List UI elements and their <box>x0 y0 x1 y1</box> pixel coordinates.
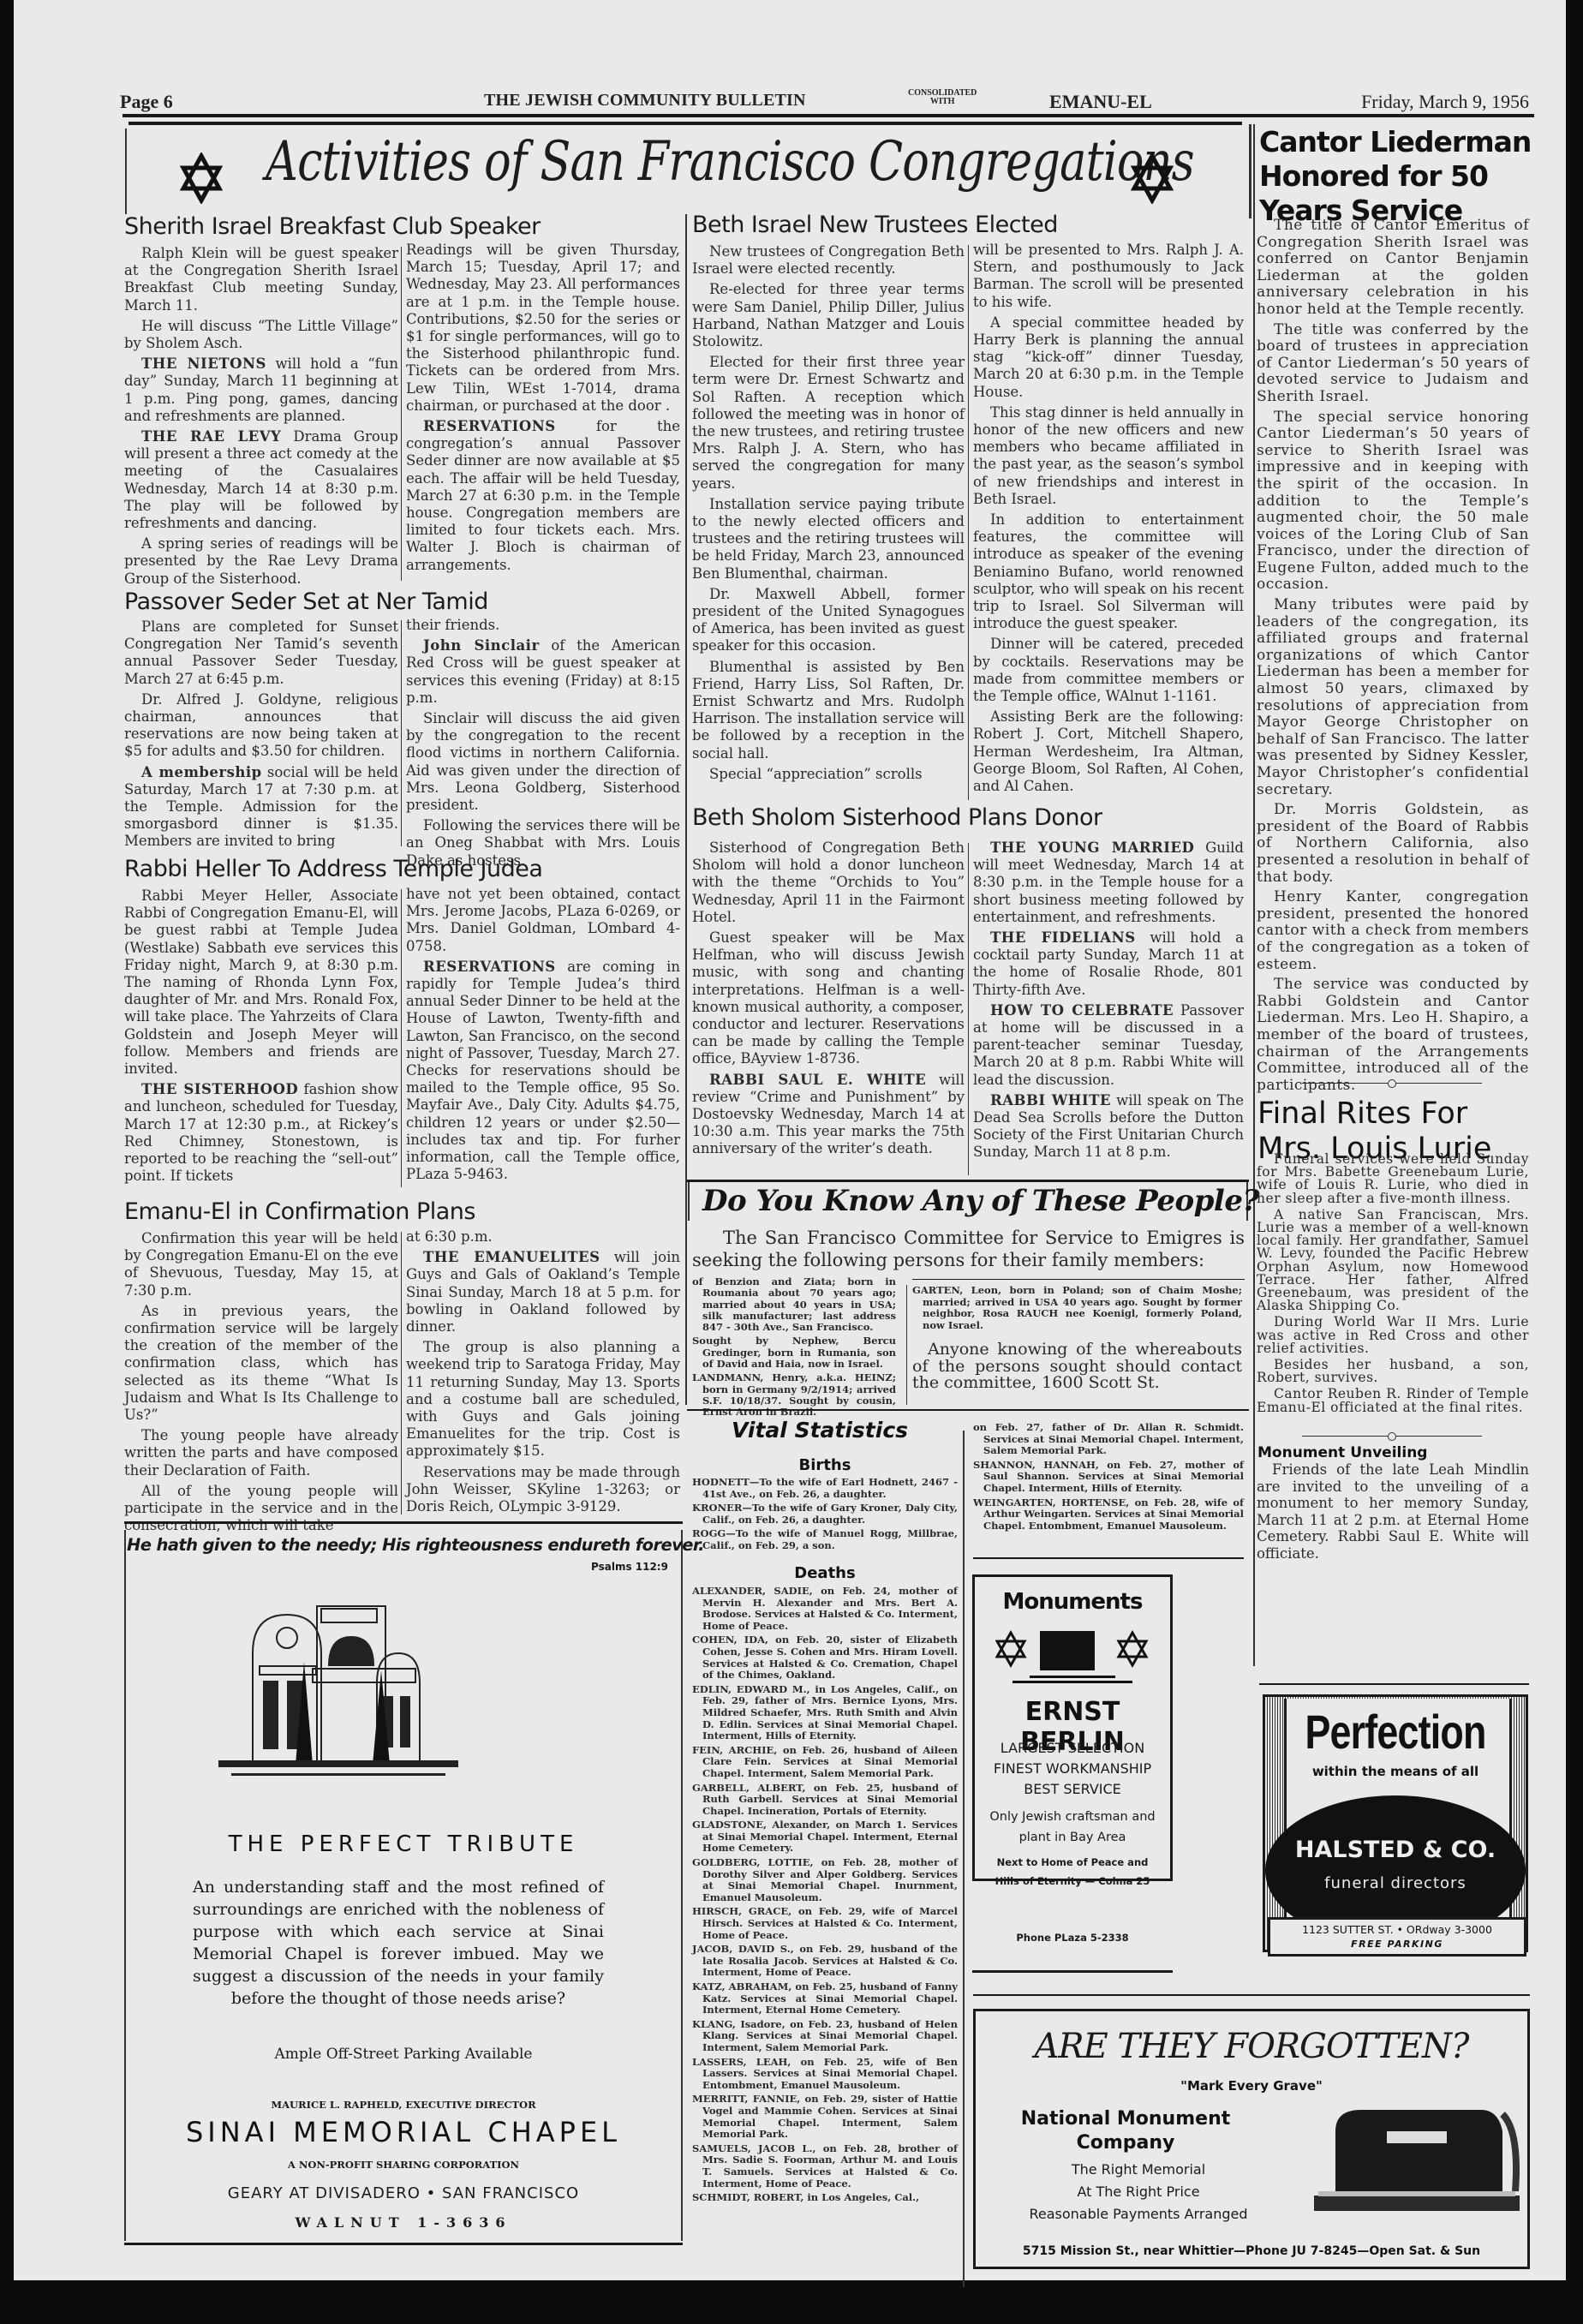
masthead-rule <box>122 114 1534 117</box>
paragraph: He will discuss “The Little Village” by … <box>124 318 398 352</box>
paragraph: This stag dinner is held annually in hon… <box>973 404 1244 508</box>
paragraph: Installation service paying tribute to t… <box>692 496 965 582</box>
ad-national-monument: ARE THEY FORGOTTEN? "Mark Every Grave" N… <box>973 2009 1530 2269</box>
paragraph: LANDMANN, Henry, a.k.a. HEINZ; born in G… <box>692 1372 896 1418</box>
ad-address: 1123 SUTTER ST. • ORdway 3-3000 <box>1270 1923 1524 1936</box>
headline-do-you-know: Do You Know Any of These People? <box>702 1184 1242 1218</box>
paragraph: RABBI WHITE will speak on The Dead Sea S… <box>973 1092 1244 1162</box>
paragraph: their friends. <box>406 617 680 634</box>
box-top-rule <box>687 1180 1249 1182</box>
ad-headline: ARE THEY FORGOTTEN? <box>976 2027 1527 2066</box>
paragraph: A membership social will be held Saturda… <box>124 764 398 851</box>
paragraph: at 6:30 p.m. <box>406 1228 680 1246</box>
paragraph: ALEXANDER, SADIE, on Feb. 24, mother of … <box>692 1586 958 1632</box>
births-heading: Births <box>692 1456 958 1474</box>
paragraph: John Sinclair of the American Red Cross … <box>406 637 680 707</box>
divider-rule <box>973 1994 1530 1996</box>
paragraph: THE YOUNG MARRIED Guild will meet Wednes… <box>973 839 1244 926</box>
paragraph: RESERVATIONS for the congregation’s annu… <box>406 418 680 574</box>
star-of-david-icon <box>180 152 223 204</box>
paragraph: HIRSCH, GRACE, on Feb. 29, wife of Marce… <box>692 1906 958 1941</box>
paragraph: on Feb. 27, father of Dr. Allan R. Schmi… <box>973 1422 1244 1457</box>
paragraph: The title of Cantor Emeritus of Congrega… <box>1257 218 1529 319</box>
sought-persons-col2: GARTEN, Leon, born in Poland; son of Cha… <box>912 1285 1242 1334</box>
article-judea-col1: Rabbi Meyer Heller, Associate Rabbi of C… <box>124 887 398 1188</box>
box-bottom-rule <box>687 1409 1249 1411</box>
ad-left-border <box>124 1530 126 2241</box>
paragraph: GARBELL, ALBERT, on Feb. 25, husband of … <box>692 1783 958 1818</box>
article-nertamid-col2: their friends.John Sinclair of the Ameri… <box>406 617 680 873</box>
ad-right-border <box>681 1530 683 2241</box>
article-bethsholom-col2: THE YOUNG MARRIED Guild will meet Wednes… <box>973 839 1244 1165</box>
box-left-rule <box>688 1182 690 1221</box>
paragraph: SCHMIDT, ROBERT, in Los Angeles, Cal., <box>692 2192 958 2204</box>
column-rule <box>906 1285 907 1405</box>
emanu-el-title: EMANU-EL <box>1049 91 1152 113</box>
banner-title: Activities of San Francisco Congregation… <box>266 130 1194 194</box>
ad-halsted-footer: 1123 SUTTER ST. • ORdway 3-3000 FREE PAR… <box>1268 1917 1526 1957</box>
paragraph: Dr. Alfred J. Goldyne, religious chairma… <box>124 691 398 761</box>
paragraph: Dr. Morris Goldstein, as president of th… <box>1257 802 1529 886</box>
paragraph: HOW TO CELEBRATE Passover at home will b… <box>973 1002 1244 1089</box>
paragraph: A spring series of readings will be pres… <box>124 535 398 588</box>
ad-phone: WALNUT 1-3636 <box>127 2214 680 2231</box>
box-inner-rule <box>912 1279 1245 1280</box>
ad-tagline: within the means of all <box>1265 1764 1526 1779</box>
paragraph: New trustees of Congregation Beth Israel… <box>692 243 965 278</box>
paragraph: Plans are completed for Sunset Congregat… <box>124 618 398 688</box>
ad-halsted: Perfection within the means of all HALST… <box>1263 1694 1528 1952</box>
article-bethsholom-col1: Sisterhood of Congregation Beth Sholom w… <box>692 839 965 1162</box>
paragraph: SAMUELS, JACOB L., on Feb. 28, brother o… <box>692 2143 958 2190</box>
article-nertamid-col1: Plans are completed for Sunset Congregat… <box>124 618 398 854</box>
headstone-illustration-icon <box>1310 2097 1524 2217</box>
paragraph: Elected for their first three year term … <box>692 354 965 493</box>
paragraph: Blumenthal is assisted by Ben Friend, Ha… <box>692 659 965 762</box>
paragraph: Besides her husband, a son, Robert, surv… <box>1257 1359 1529 1384</box>
ad-corporation: A NON-PROFIT SHARING CORPORATION <box>127 2159 680 2171</box>
paragraph: Re-elected for three year terms were Sam… <box>692 281 965 350</box>
paragraph: In addition to entertainment features, t… <box>973 511 1244 632</box>
ad-business-name: HALSTED & CO. <box>1265 1837 1526 1863</box>
paragraph: The service was conducted by Rabbi Golds… <box>1257 977 1529 1094</box>
paragraph: KLANG, Isadore, on Feb. 23, husband of H… <box>692 2019 958 2054</box>
ad-quote: He hath given to the needy; His righteou… <box>127 1535 680 1555</box>
page-number: Page 6 <box>120 91 173 113</box>
column-rule <box>968 245 969 800</box>
paragraph: Dinner will be catered, preceded by cock… <box>973 636 1244 705</box>
column-divider <box>963 1431 965 2287</box>
masthead: Page 6 THE JEWISH COMMUNITY BULLETIN CON… <box>120 87 1529 113</box>
paragraph: Henry Kanter, congregation president, pr… <box>1257 889 1529 973</box>
ad-features: LARGEST SELECTIONFINEST WORKMANSHIPBEST … <box>975 1738 1170 1800</box>
divider-rule <box>1259 1683 1529 1685</box>
do-you-know-intro: The San Francisco Committee for Service … <box>692 1227 1245 1271</box>
paragraph: Cantor Reuben R. Rinder of Temple Emanu-… <box>1257 1388 1529 1413</box>
article-unveiling: Friends of the late Leah Mindlin are inv… <box>1257 1461 1529 1562</box>
paragraph: Many tributes were paid by leaders of th… <box>1257 597 1529 798</box>
paragraph: Reservations may be made through John We… <box>406 1464 680 1516</box>
section-banner: Activities of San Francisco Congregation… <box>137 127 1242 212</box>
ad-bottom-border <box>124 2243 683 2245</box>
chapel-building-illustration <box>218 1602 458 1782</box>
ad-address: GEARY AT DIVISADERO • SAN FRANCISCO <box>127 2184 680 2202</box>
newspaper-title: THE JEWISH COMMUNITY BULLETIN <box>484 91 806 111</box>
paragraph: RABBI SAUL E. WHITE will review “Crime a… <box>692 1072 965 1158</box>
paragraph: SHANNON, HANNAH, on Feb. 27, mother of S… <box>973 1460 1244 1495</box>
paragraph: THE EMANUELITES will join Guys and Gals … <box>406 1249 680 1335</box>
ad-ernst-berlin: Monuments ERNST BERLIN LARGEST SELECTION… <box>972 1574 1173 1881</box>
column-rule <box>968 843 969 1175</box>
paragraph: HODNETT—To the wife of Earl Hodnett, 246… <box>692 1477 958 1500</box>
divider-rule <box>973 1557 1244 1559</box>
paragraph: The special service honoring Cantor Lied… <box>1257 409 1529 594</box>
do-you-know-closing: Anyone knowing of the whereabouts of the… <box>912 1341 1242 1392</box>
ad-business-name: SINAI MEMORIAL CHAPEL <box>127 2116 680 2148</box>
ad-parking: FREE PARKING <box>1270 1939 1524 1950</box>
headline-sherith-israel: Sherith Israel Breakfast Club Speaker <box>124 214 541 240</box>
article-confirmation-col1: Confirmation this year will be held by C… <box>124 1230 398 1538</box>
headline-ner-tamid: Passover Seder Set at Ner Tamid <box>124 589 488 615</box>
ad-features: The Right MemorialAt The Right PriceReas… <box>1001 2159 1275 2225</box>
paragraph: JACOB, DAVID S., on Feb. 29, husband of … <box>692 1944 958 1979</box>
paragraph: THE FIDELIANS will hold a cocktail party… <box>973 929 1244 999</box>
issue-date: Friday, March 9, 1956 <box>1361 91 1529 113</box>
article-bethisrael-col1: New trustees of Congregation Beth Israel… <box>692 243 965 786</box>
ad-headline: Perfection <box>1291 1704 1499 1759</box>
paragraph: The young people have already written th… <box>124 1427 398 1479</box>
ad-border-bottom <box>972 1970 1173 1973</box>
paragraph: THE RAE LEVY Drama Group will present a … <box>124 428 398 532</box>
ad-body: An understanding staff and the most refi… <box>193 1876 604 2010</box>
paragraph: FEIN, ARCHIE, on Feb. 26, husband of Ail… <box>692 1745 958 1780</box>
ad-title: THE PERFECT TRIBUTE <box>127 1831 680 1857</box>
paragraph: GOLDBERG, LOTTIE, on Feb. 28, mother of … <box>692 1857 958 1903</box>
ad-heading: Monuments <box>975 1589 1170 1615</box>
column-rule <box>401 1232 402 1514</box>
ad-craft: Only Jewish craftsman and plant in Bay A… <box>988 1807 1157 1848</box>
deaths-heading: Deaths <box>692 1564 958 1582</box>
paragraph: of Benzion and Ziata; born in Roumania a… <box>692 1276 896 1333</box>
paragraph: THE NIETONS will hold a “fun day” Sunday… <box>124 355 398 425</box>
ad-slogan: "Mark Every Grave" <box>976 2078 1527 2094</box>
column-rule <box>401 620 402 846</box>
ad-footer: 5715 Mission St., near Whittier—Phone JU… <box>976 2244 1527 2258</box>
star-of-david-icon <box>1131 152 1174 204</box>
article-lurie: Funeral services were held Sunday for Mr… <box>1257 1153 1529 1418</box>
paragraph: EDLIN, EDWARD M., in Los Angeles, Calif.… <box>692 1684 958 1742</box>
paragraph: Readings will be given Thursday, March 1… <box>406 242 680 415</box>
paragraph: have not yet been obtained, contact Mrs.… <box>406 886 680 955</box>
paragraph: GARTEN, Leon, born in Poland; son of Cha… <box>912 1285 1242 1331</box>
paragraph: ROGG—To the wife of Manuel Rogg, Millbra… <box>692 1528 958 1551</box>
paragraph: Dr. Maxwell Abbell, former president of … <box>692 586 965 655</box>
ornament-divider <box>1302 1432 1482 1441</box>
paragraph: Ralph Klein will be guest speaker at the… <box>124 245 398 314</box>
column-rule <box>401 247 402 581</box>
paragraph: KATZ, ABRAHAM, on Feb. 25, husband of Fa… <box>692 1981 958 2016</box>
paragraph: Funeral services were held Sunday for Mr… <box>1257 1153 1529 1205</box>
column-divider <box>685 214 687 1405</box>
paragraph: LASSERS, LEAH, on Feb. 25, wife of Ben L… <box>692 2057 958 2092</box>
paragraph: KRONER—To the wife of Gary Kroner, Daly … <box>692 1503 958 1526</box>
paragraph: Assisting Berk are the following: Robert… <box>973 708 1244 795</box>
ad-citation: Psalms 112:9 <box>591 1561 668 1573</box>
column-rule <box>401 889 402 1187</box>
paragraph: Sinclair will discuss the aid given by t… <box>406 710 680 814</box>
paragraph: THE SISTERHOOD fashion show and luncheon… <box>124 1081 398 1185</box>
article-bethisrael-col2: will be presented to Mrs. Ralph J. A. St… <box>973 242 1244 798</box>
paragraph: The group is also planning a weekend tri… <box>406 1339 680 1460</box>
divider-rule <box>124 1521 683 1524</box>
consolidated-with: CONSOLIDATEDWITH <box>908 89 977 106</box>
sought-persons-col1: of Benzion and Ziata; born in Roumania a… <box>692 1276 896 1421</box>
article-judea-col2: have not yet been obtained, contact Mrs.… <box>406 886 680 1186</box>
headline-monument-unveiling: Monument Unveiling <box>1257 1444 1427 1461</box>
paragraph: Confirmation this year will be held by C… <box>124 1230 398 1299</box>
paragraph: Sought by Nephew, Bercu Gredinger, born … <box>692 1335 896 1370</box>
paragraph: As in previous years, the confirmation s… <box>124 1303 398 1424</box>
section-divider-2 <box>1253 124 1255 1666</box>
paragraph: GLADSTONE, Alexander, on March 1. Servic… <box>692 1819 958 1855</box>
paragraph: A special committee headed by Harry Berk… <box>973 314 1244 401</box>
article-cantor: The title of Cantor Emeritus of Congrega… <box>1257 218 1529 1097</box>
deaths-list: ALEXANDER, SADIE, on Feb. 24, mother of … <box>692 1586 958 2207</box>
headline-confirmation: Emanu-El in Confirmation Plans <box>124 1199 475 1225</box>
paragraph: Sisterhood of Congregation Beth Sholom w… <box>692 839 965 926</box>
ad-location: Next to Home of Peace and Hills of Etern… <box>985 1853 1160 1891</box>
paragraph: RESERVATIONS are coming in rapidly for T… <box>406 959 680 1184</box>
article-sherith-col2: Readings will be given Thursday, March 1… <box>406 242 680 577</box>
paragraph: WEINGARTEN, HORTENSE, on Feb. 28, wife o… <box>973 1497 1244 1532</box>
headline-beth-sholom: Beth Sholom Sisterhood Plans Donor <box>692 805 1102 831</box>
ad-berlin-phone: Phone PLaza 5-2338 <box>972 1932 1173 1944</box>
paragraph: The title was conferred by the board of … <box>1257 322 1529 406</box>
paragraph: Special “appreciation” scrolls <box>692 766 965 783</box>
headline-cantor-liederman: Cantor Liederman Honored for 50 Years Se… <box>1259 125 1542 228</box>
paragraph: Rabbi Meyer Heller, Associate Rabbi of C… <box>124 887 398 1078</box>
vital-statistics-title: Vital Statistics <box>732 1418 908 1443</box>
headline-beth-israel: Beth Israel New Trustees Elected <box>692 212 1058 238</box>
births-list: HODNETT—To the wife of Earl Hodnett, 246… <box>692 1477 958 1555</box>
paragraph: MERRITT, FANNIE, on Feb. 29, sister of H… <box>692 2094 958 2140</box>
paragraph: A native San Franciscan, Mrs. Lurie was … <box>1257 1209 1529 1313</box>
monument-illustration-icon <box>995 1624 1150 1684</box>
article-sherith-col1: Ralph Klein will be guest speaker at the… <box>124 245 398 591</box>
article-confirmation-col2: at 6:30 p.m.THE EMANUELITES will join Gu… <box>406 1228 680 1519</box>
ornament-divider <box>1302 1079 1482 1088</box>
paragraph: COHEN, IDA, on Feb. 20, sister of Elizab… <box>692 1634 958 1681</box>
headline-temple-judea: Rabbi Heller To Address Temple Judea <box>124 857 542 882</box>
paragraph: Guest speaker will be Max Helfman, who w… <box>692 929 965 1068</box>
deaths-continued-list: on Feb. 27, father of Dr. Allan R. Schmi… <box>973 1422 1244 1534</box>
banner-rule <box>128 122 1242 125</box>
paragraph: will be presented to Mrs. Ralph J. A. St… <box>973 242 1244 311</box>
paragraph: During World War II Mrs. Lurie was activ… <box>1257 1316 1529 1355</box>
ad-parking: Ample Off-Street Parking Available <box>127 2046 680 2063</box>
ad-business-name: National Monument Company <box>1001 2107 1250 2155</box>
section-divider <box>1249 124 1251 218</box>
paragraph: All of the young people will participate… <box>124 1483 398 1535</box>
ad-director: MAURICE L. RAPHELD, EXECUTIVE DIRECTOR <box>127 2099 680 2111</box>
ad-subtitle: funeral directors <box>1265 1874 1526 1892</box>
banner-left-border <box>125 128 127 214</box>
